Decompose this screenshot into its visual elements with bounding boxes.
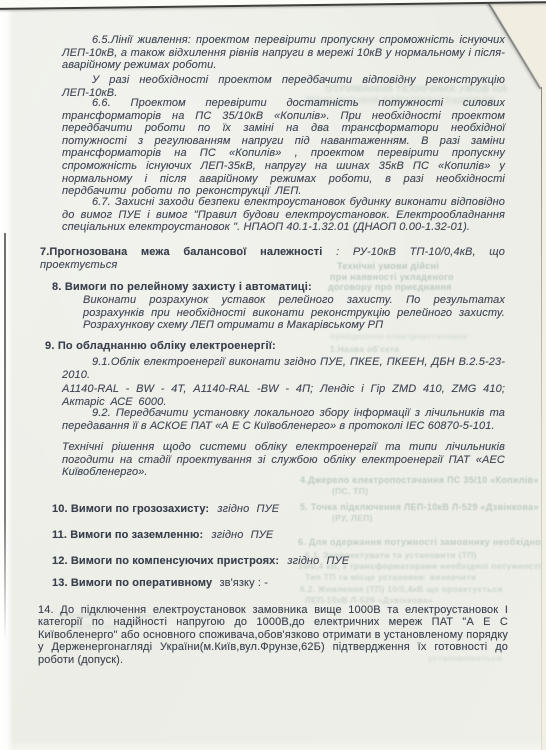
- clause-11-value: згідно ПУЕ: [211, 529, 273, 541]
- clause-12-label: 12. Вимоги по компенсуючих пристроях:: [52, 555, 279, 567]
- clause-6-7: 6.7. Захисні заходи безпеки електроустан…: [62, 196, 505, 234]
- clause-6-5-note: У разі необхідності проектом передбачити…: [62, 74, 505, 99]
- clause-10: 10. Вимоги по грозозахисту: згідно ПУЕ: [52, 503, 492, 516]
- scan-left-crease-line: [4, 233, 6, 641]
- clause-8-heading: 8. Вимоги по релейному захисту і автомат…: [52, 281, 372, 294]
- clause-9-heading: 9. По обладнанню обліку електроенергії:: [45, 340, 365, 353]
- clause-8-body: Виконати розрахунок уставок релейного за…: [83, 294, 505, 332]
- clause-9-note: Технічні рішення щодо системи обліку еле…: [62, 441, 505, 479]
- technical-conditions-document: 6.5.Лінії живлення: проектом перевірити …: [0, 0, 546, 750]
- clause-11: 11. Вимоги по заземленню: згідно ПУЕ: [52, 529, 492, 542]
- clause-13-value: зв'язку : -: [219, 577, 268, 589]
- clause-13-label: 13. Вимоги по оперативному: [52, 577, 212, 589]
- clause-9-meter-types: А1140-RAL - BW - 4Т, А1140-RAL -BW - 4П;…: [62, 383, 505, 408]
- clause-13: 13. Вимоги по оперативному зв'язку : -: [52, 577, 492, 590]
- clause-12: 12. Вимоги по компенсуючих пристроях: зг…: [52, 555, 492, 568]
- clause-12-value: згідно ПУЕ: [287, 555, 349, 567]
- clause-7: 7.Прогнозована межа балансової належност…: [40, 246, 505, 271]
- clause-10-value: згідно ПУЕ: [217, 503, 279, 515]
- clause-6-6: 6.6. Проектом перевірити достатність пот…: [62, 97, 505, 198]
- clause-9-2: 9.2. Передбачити установку локального зб…: [62, 407, 505, 432]
- clause-14: 14. До підключення електроустановок замо…: [38, 604, 508, 666]
- clause-11-label: 11. Вимоги по заземленню:: [52, 529, 203, 541]
- scan-bottom-fade: [0, 741, 546, 750]
- scan-left-margin: [0, 0, 13, 750]
- clause-7-label: 7.Прогнозована межа балансової належност…: [40, 246, 322, 258]
- page-right-edge-line: [541, 87, 543, 750]
- scan-right-margin: [542, 90, 546, 750]
- clause-10-label: 10. Вимоги по грозозахисту:: [52, 503, 209, 515]
- clause-9-1: 9.1.Облік електроенергії виконати згідно…: [62, 356, 505, 381]
- clause-6-5: 6.5.Лінії живлення: проектом перевірити …: [62, 34, 505, 72]
